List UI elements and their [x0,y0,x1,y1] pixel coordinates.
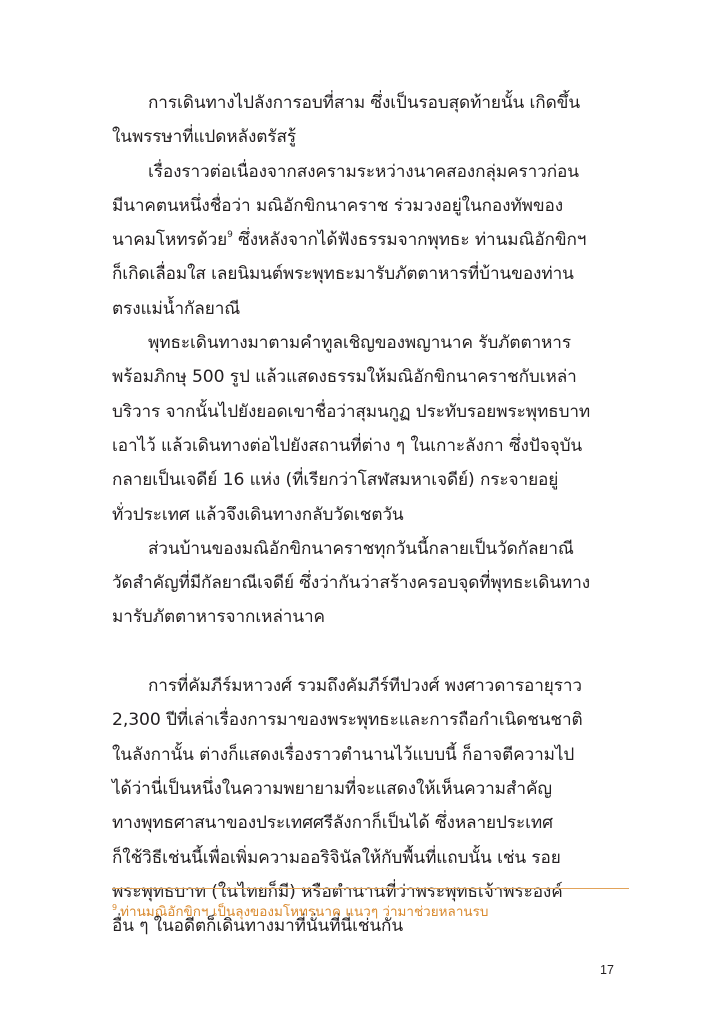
text-line: ทางพุทธศาสนาของประเทศศรีลังกาก็เป็นได้ ซ… [112,806,629,840]
text-fragment: ซึ่งหลังจากได้ฟังธรรมจากพุทธะ ท่านมณิอัก… [238,230,586,250]
footnote-reference[interactable]: 9 [227,230,233,240]
footnote-divider [112,888,629,889]
text-line: การที่คัมภีร์มหาวงศ์ รวมถึงคัมภีร์ทีปวงศ… [112,669,629,703]
paragraph: พุทธะเดินทางมาตามคำทูลเชิญของพญานาค รับภ… [112,326,629,532]
text-line: ก็ใช้วิธีเช่นนี้เพื่อเพิ่มความออริจินัลใ… [112,841,629,875]
text-line: ในพรรษาที่แปดหลังตรัสรู้ [112,120,629,154]
text-line: พุทธะเดินทางมาตามคำทูลเชิญของพญานาค รับภ… [112,326,629,360]
text-line: มีนาคตนหนึ่งชื่อว่า มณิอักขิกนาคราช ร่วม… [112,189,629,223]
text-line: มารับภัตตาหารจากเหล่านาค [112,600,629,634]
text-line: ตรงแม่น้ำกัลยาณี [112,292,629,326]
paragraph: ส่วนบ้านของมณิอักขิกนาคราชทุกวันนี้กลายเ… [112,532,629,635]
footnote-text: ท่านมณิอักขิกฯ เป็นลุงของมโหทรนาค แนวๆ ว… [120,904,488,920]
text-line: นาคมโหทรด้วย9 ซึ่งหลังจากได้ฟังธรรมจากพุ… [112,223,629,257]
paragraph: เรื่องราวต่อเนื่องจากสงครามระหว่างนาคสอง… [112,155,629,326]
footnote: 9ท่านมณิอักขิกฯ เป็นลุงของมโหทรนาค แนวๆ … [112,900,629,924]
text-line: กลายเป็นเจดีย์ 16 แห่ง (ที่เรียกว่าโสฬสม… [112,463,629,497]
text-line: วัดสำคัญที่มีกัลยาณีเจดีย์ ซึ่งว่ากันว่า… [112,566,629,600]
text-line: พร้อมภิกษุ 500 รูป แล้วแสดงธรรมให้มณิอัก… [112,360,629,394]
text-fragment: นาคมโหทรด้วย [112,230,227,250]
text-line: การเดินทางไปลังการอบที่สาม ซึ่งเป็นรอบสุ… [112,86,629,120]
text-line: 2,300 ปีที่เล่าเรื่องการมาของพระพุทธะและ… [112,703,629,737]
page-number: 17 [600,963,614,977]
text-line: ส่วนบ้านของมณิอักขิกนาคราชทุกวันนี้กลายเ… [112,532,629,566]
text-line: ก็เกิดเลื่อมใส เลยนิมนต์พระพุทธะมารับภัต… [112,257,629,291]
footnote-number: 9 [112,903,117,912]
text-line: เอาไว้ แล้วเดินทางต่อไปยังสถานที่ต่าง ๆ … [112,429,629,463]
text-line: บริวาร จากนั้นไปยังยอดเขาชื่อว่าสุมนกูฏ … [112,395,629,429]
paragraph: การเดินทางไปลังการอบที่สาม ซึ่งเป็นรอบสุ… [112,86,629,155]
text-line: ทั่วประเทศ แล้วจึงเดินทางกลับวัดเชตวัน [112,498,629,532]
text-line: เรื่องราวต่อเนื่องจากสงครามระหว่างนาคสอง… [112,155,629,189]
text-line: ได้ว่านี่เป็นหนึ่งในความพยายามที่จะแสดงใ… [112,772,629,806]
paragraph-spacer [112,635,629,669]
page-body: การเดินทางไปลังการอบที่สาม ซึ่งเป็นรอบสุ… [112,86,629,943]
text-line: ในลังกานั้น ต่างก็แสดงเรื่องราวตำนานไว้แ… [112,738,629,772]
